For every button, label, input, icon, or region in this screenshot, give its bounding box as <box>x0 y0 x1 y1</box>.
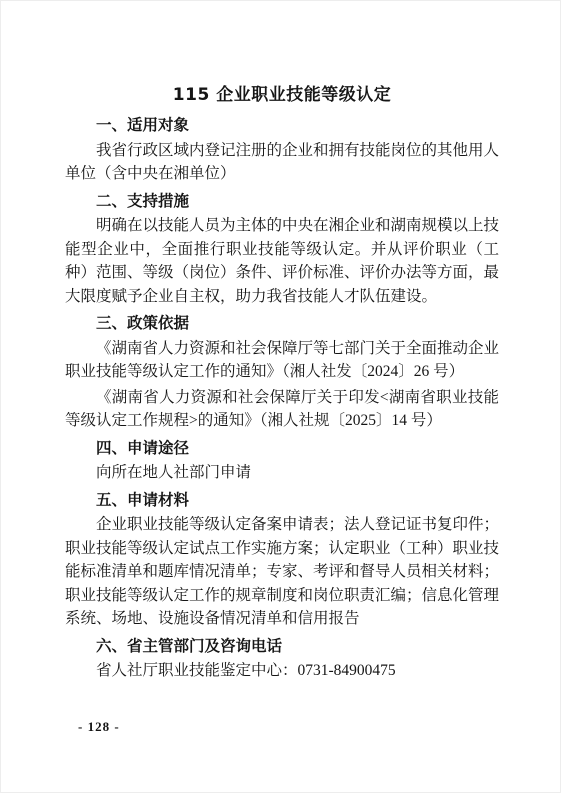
section-paragraph: 企业职业技能等级认定备案申请表；法人登记证书复印件；职业技能等级认定试点工作实施… <box>65 513 499 631</box>
section-heading-policy-basis: 三、政策依据 <box>65 312 499 336</box>
section-heading-support-measures: 二、支持措施 <box>65 190 499 214</box>
section-heading-applicable-targets: 一、适用对象 <box>65 114 499 138</box>
section-paragraph: 我省行政区域内登记注册的企业和拥有技能岗位的其他用人单位（含中央在湘单位） <box>65 139 499 186</box>
section-heading-application-channel: 四、申请途径 <box>65 437 499 461</box>
section-heading-department-and-phone: 六、省主管部门及咨询电话 <box>65 635 499 659</box>
document-page: 115 企业职业技能等级认定 一、适用对象 我省行政区域内登记注册的企业和拥有技… <box>0 0 561 793</box>
section-paragraph: 《湖南省人力资源和社会保障厅等七部门关于全面推动企业职业技能等级认定工作的通知》… <box>65 337 499 384</box>
page-content: 115 企业职业技能等级认定 一、适用对象 我省行政区域内登记注册的企业和拥有技… <box>65 83 499 685</box>
page-number: - 128 - <box>78 719 120 735</box>
page-title: 115 企业职业技能等级认定 <box>65 83 499 107</box>
section-paragraph: 向所在地人社部门申请 <box>65 461 499 485</box>
section-paragraph-contact-phone: 省人社厅职业技能鉴定中心：0731-84900475 <box>65 659 499 683</box>
section-paragraph: 《湖南省人力资源和社会保障厅关于印发<湖南省职业技能等级认定工作规程>的通知》（… <box>65 386 499 433</box>
section-heading-application-materials: 五、申请材料 <box>65 489 499 513</box>
section-paragraph: 明确在以技能人员为主体的中央在湘企业和湖南规模以上技能型企业中，全面推行职业技能… <box>65 214 499 308</box>
